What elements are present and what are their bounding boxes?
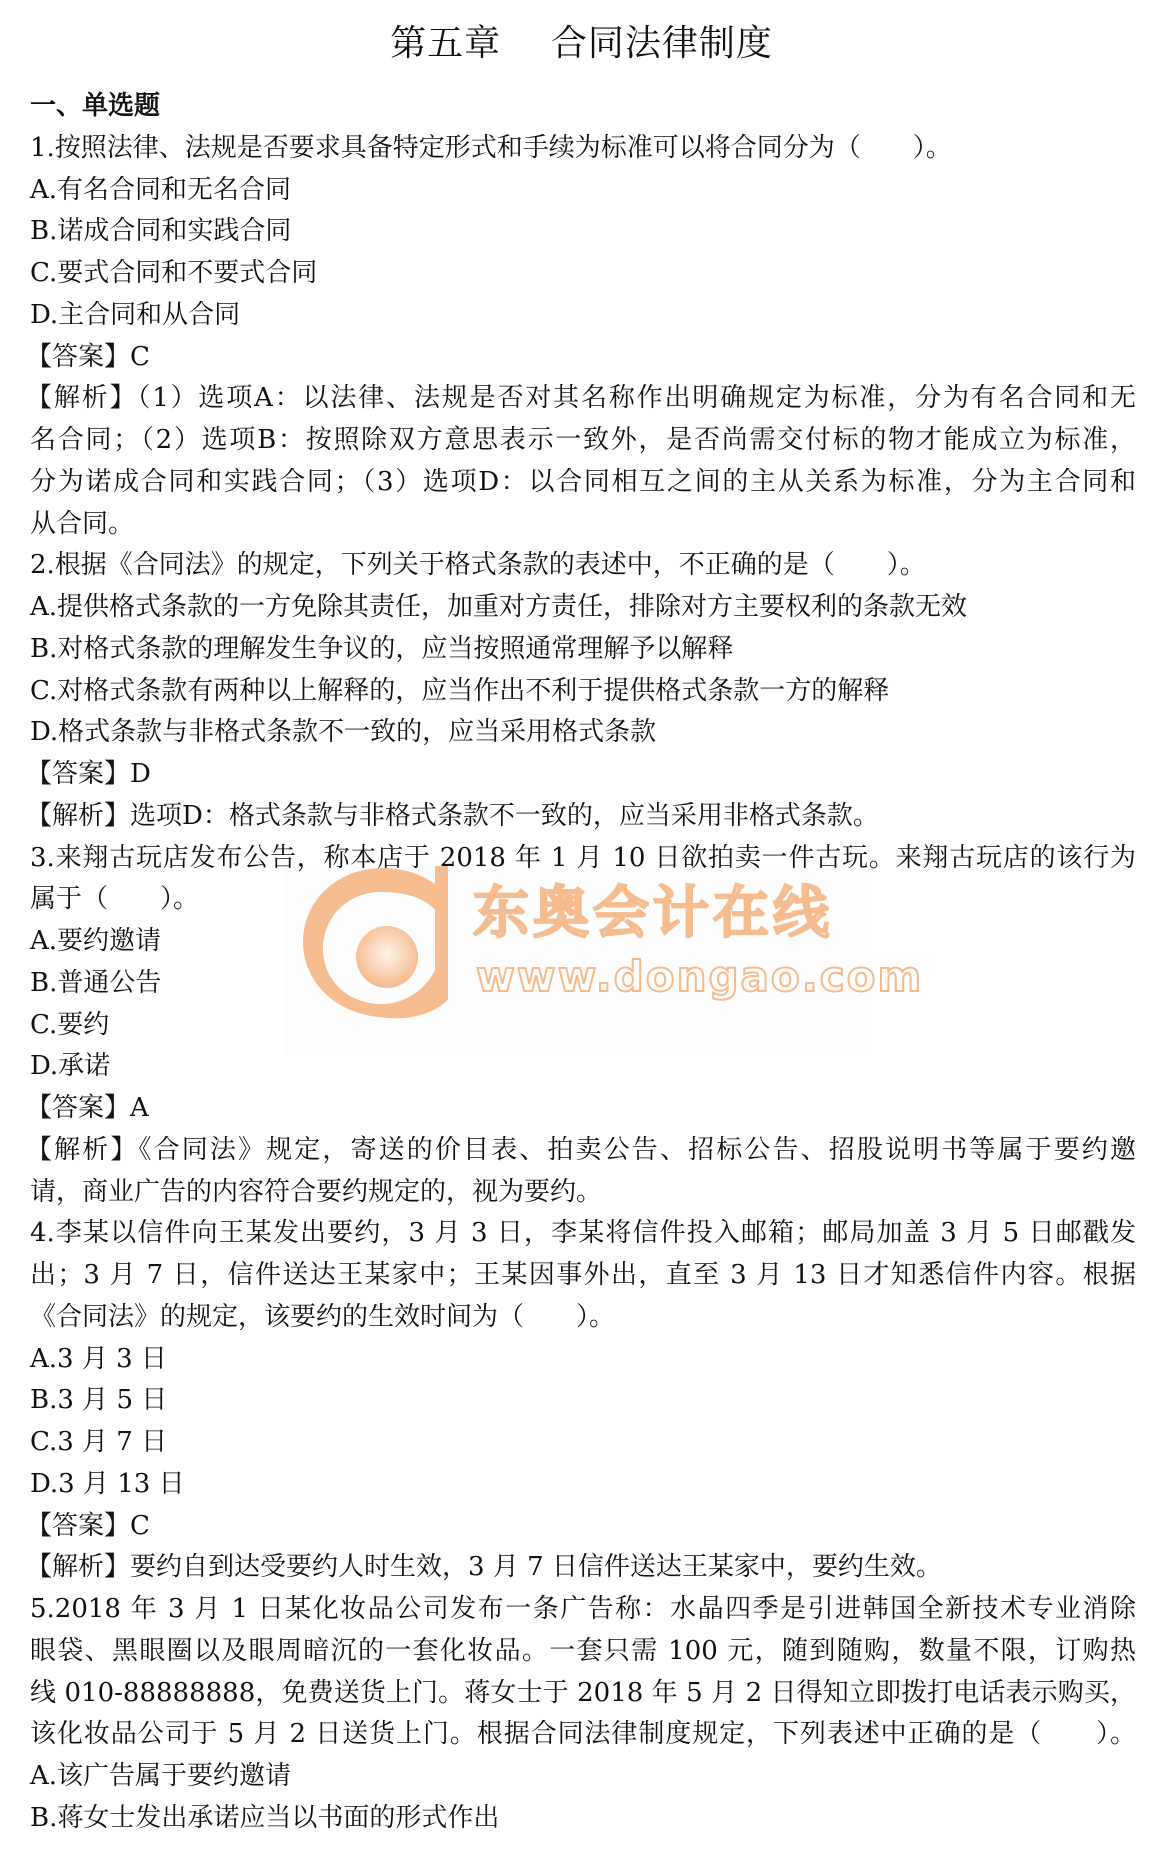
question-5-option-a: A.该广告属于要约邀请	[30, 1756, 1136, 1798]
question-3-analysis: 【解析】《合同法》规定，寄送的价目表、拍卖公告、招标公告、招股说明书等属于要约邀	[26, 1130, 1136, 1172]
question-1-option-d: D.主合同和从合同	[30, 295, 1136, 337]
question-5-stem: 5.2018 年 3 月 1 日某化妆品公司发布一条广告称：水晶四季是引进韩国全…	[30, 1589, 1136, 1631]
question-4-option-a: A.3 月 3 日	[30, 1339, 1136, 1381]
question-3-stem-cont: 属于（ ）。	[30, 879, 1136, 921]
question-4-answer: 【答案】C	[26, 1506, 1136, 1548]
question-1-analysis-cont: 从合同。	[30, 504, 1136, 546]
question-1-analysis-cont: 分为诺成合同和实践合同；（3）选项D：以合同相互之间的主从关系为标准，分为主合同…	[30, 462, 1136, 504]
question-3-option-a: A.要约邀请	[30, 921, 1136, 963]
chapter-title: 第五章 合同法律制度	[0, 20, 1163, 68]
question-3-answer: 【答案】A	[26, 1088, 1136, 1130]
question-5-stem-cont: 眼袋、黑眼圈以及眼周暗沉的一套化妆品。一套只需 100 元，随到随购，数量不限，…	[30, 1631, 1136, 1673]
question-4-stem: 4.李某以信件向王某发出要约，3 月 3 日，李某将信件投入邮箱；邮局加盖 3 …	[30, 1213, 1136, 1255]
question-1-option-b: B.诺成合同和实践合同	[30, 211, 1136, 253]
question-4-analysis: 【解析】要约自到达受要约人时生效，3 月 7 日信件送达王某家中，要约生效。	[26, 1547, 1136, 1589]
question-2-option-a: A.提供格式条款的一方免除其责任，加重对方责任，排除对方主要权利的条款无效	[30, 587, 1136, 629]
question-4-option-d: D.3 月 13 日	[30, 1464, 1136, 1506]
question-2-analysis: 【解析】选项D：格式条款与非格式条款不一致的，应当采用非格式条款。	[26, 796, 1136, 838]
question-5-option-b: B.蒋女士发出承诺应当以书面的形式作出	[30, 1798, 1136, 1840]
question-2-answer: 【答案】D	[26, 754, 1136, 796]
question-1-stem: 1.按照法律、法规是否要求具备特定形式和手续为标准可以将合同分为（ ）。	[30, 128, 1136, 170]
question-1-option-a: A.有名合同和无名合同	[30, 170, 1136, 212]
question-4-option-c: C.3 月 7 日	[30, 1422, 1136, 1464]
question-2-option-c: C.对格式条款有两种以上解释的，应当作出不利于提供格式条款一方的解释	[30, 671, 1136, 713]
question-5-stem-cont: 线 010-88888888，免费送货上门。蒋女士于 2018 年 5 月 2 …	[30, 1673, 1136, 1715]
question-2-option-b: B.对格式条款的理解发生争议的，应当按照通常理解予以解释	[30, 629, 1136, 671]
question-1-analysis-cont: 名合同；（2）选项B：按照除双方意思表示一致外，是否尚需交付标的物才能成立为标准…	[30, 420, 1136, 462]
question-4-option-b: B.3 月 5 日	[30, 1380, 1136, 1422]
question-1-answer: 【答案】C	[26, 337, 1136, 379]
question-3-stem: 3.来翔古玩店发布公告，称本店于 2018 年 1 月 10 日欲拍卖一件古玩。…	[30, 838, 1136, 880]
question-3-option-d: D.承诺	[30, 1046, 1136, 1088]
question-5-stem-cont: 该化妆品公司于 5 月 2 日送货上门。根据合同法律制度规定，下列表述中正确的是…	[30, 1714, 1136, 1756]
question-1-analysis: 【解析】（1）选项A：以法律、法规是否对其名称作出明确规定为标准，分为有名合同和…	[26, 378, 1136, 420]
section-heading: 一、单选题	[30, 86, 1136, 128]
question-3-option-b: B.普通公告	[30, 963, 1136, 1005]
question-3-analysis-cont: 请，商业广告的内容符合要约规定的，视为要约。	[30, 1172, 1136, 1214]
question-4-stem-cont: 《合同法》的规定，该要约的生效时间为（ ）。	[30, 1297, 1136, 1339]
document-body: 一、单选题 1.按照法律、法规是否要求具备特定形式和手续为标准可以将合同分为（ …	[30, 86, 1136, 1840]
question-2-stem: 2.根据《合同法》的规定，下列关于格式条款的表述中，不正确的是（ ）。	[30, 545, 1136, 587]
question-1-option-c: C.要式合同和不要式合同	[30, 253, 1136, 295]
question-4-stem-cont: 出；3 月 7 日，信件送达王某家中；王某因事外出，直至 3 月 13 日才知悉…	[30, 1255, 1136, 1297]
question-3-option-c: C.要约	[30, 1005, 1136, 1047]
question-2-option-d: D.格式条款与非格式条款不一致的，应当采用格式条款	[30, 712, 1136, 754]
